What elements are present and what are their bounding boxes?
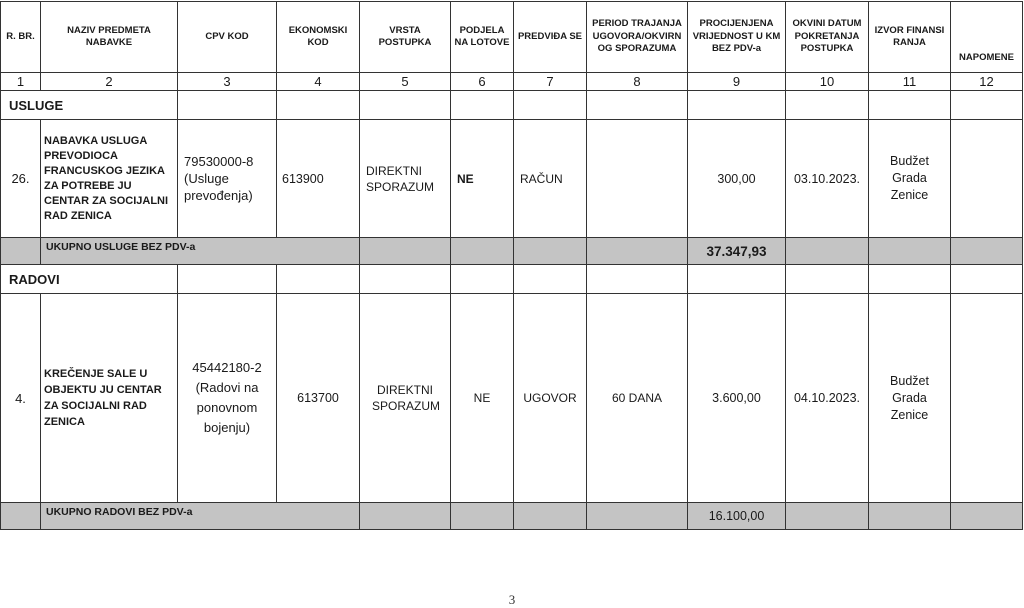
procedure-type: DIREKTNI SPORAZUM (360, 120, 451, 238)
start-date: 04.10.2023. (786, 294, 869, 503)
estimated-value: 3.600,00 (688, 294, 786, 503)
col-num: 4 (277, 73, 360, 91)
item-name: NABAVKA USLUGA PREVODIOCA FRANCUSKOG JEZ… (41, 120, 178, 238)
header-predvida-se: PREDVIĐA SE (514, 2, 587, 73)
funding-source: Budžet Grada Zenice (869, 294, 951, 503)
col-num: 1 (1, 73, 41, 91)
funding-source: Budžet Grada Zenice (869, 120, 951, 238)
header-napomene: NAPOMENE (951, 2, 1023, 73)
total-value: 16.100,00 (688, 503, 786, 530)
section-title: RADOVI (1, 265, 178, 294)
total-label: UKUPNO RADOVI BEZ PDV-a (41, 503, 360, 530)
economic-code: 613900 (277, 120, 360, 238)
header-datum: OKVINI DATUM POKRETANJA POSTUPKA (786, 2, 869, 73)
start-date: 03.10.2023. (786, 120, 869, 238)
column-number-row: 1 2 3 4 5 6 7 8 9 10 11 12 (1, 73, 1023, 91)
total-row-radovi: UKUPNO RADOVI BEZ PDV-a 16.100,00 (1, 503, 1023, 530)
section-title: USLUGE (1, 91, 178, 120)
total-label: UKUPNO USLUGE BEZ PDV-a (41, 238, 360, 265)
duration: 60 DANA (587, 294, 688, 503)
header-cpv: CPV KOD (178, 2, 277, 73)
col-num: 9 (688, 73, 786, 91)
economic-code: 613700 (277, 294, 360, 503)
table-row: 4. KREČENJE SALE U OBJEKTU JU CENTAR ZA … (1, 294, 1023, 503)
procedure-type: DIREKTNI SPORAZUM (360, 294, 451, 503)
row-number: 26. (1, 120, 41, 238)
page-number: 3 (0, 592, 1024, 608)
header-rb: R. BR. (1, 2, 41, 73)
col-num: 3 (178, 73, 277, 91)
header-row: R. BR. NAZIV PREDMETA NABAVKE CPV KOD EK… (1, 2, 1023, 73)
notes (951, 120, 1023, 238)
total-value: 37.347,93 (688, 238, 786, 265)
header-naziv: NAZIV PREDMETA NABAVKE (41, 2, 178, 73)
col-num: 11 (869, 73, 951, 91)
lots: NE (451, 120, 514, 238)
header-podjela: PODJELA NA LOTOVE (451, 2, 514, 73)
header-ekonomski-kod: EKONOMSKI KOD (277, 2, 360, 73)
col-num: 7 (514, 73, 587, 91)
planned-as: UGOVOR (514, 294, 587, 503)
col-num: 6 (451, 73, 514, 91)
total-row-usluge: UKUPNO USLUGE BEZ PDV-a 37.347,93 (1, 238, 1023, 265)
lots: NE (451, 294, 514, 503)
col-num: 10 (786, 73, 869, 91)
section-row-radovi: RADOVI (1, 265, 1023, 294)
header-period: PERIOD TRAJANJA UGOVORA/OKVIRNOG SPORAZU… (587, 2, 688, 73)
header-izvor: IZVOR FINANSIRANJA (869, 2, 951, 73)
col-num: 8 (587, 73, 688, 91)
planned-as: RAČUN (514, 120, 587, 238)
procurement-plan-table: R. BR. NAZIV PREDMETA NABAVKE CPV KOD EK… (0, 1, 1023, 530)
col-num: 5 (360, 73, 451, 91)
header-vrsta-postupka: VRSTA POSTUPKA (360, 2, 451, 73)
row-number: 4. (1, 294, 41, 503)
notes (951, 294, 1023, 503)
cpv-code: 79530000-8 (Usluge prevođenja) (178, 120, 277, 238)
col-num: 2 (41, 73, 178, 91)
table-row: 26. NABAVKA USLUGA PREVODIOCA FRANCUSKOG… (1, 120, 1023, 238)
item-name: KREČENJE SALE U OBJEKTU JU CENTAR ZA SOC… (41, 294, 178, 503)
estimated-value: 300,00 (688, 120, 786, 238)
col-num: 12 (951, 73, 1023, 91)
duration (587, 120, 688, 238)
section-row-usluge: USLUGE (1, 91, 1023, 120)
cpv-code: 45442180-2 (Radovi na ponovnom bojenju) (178, 294, 277, 503)
header-vrijednost: PROCIJENJENA VRIJEDNOST U KM BEZ PDV-a (688, 2, 786, 73)
